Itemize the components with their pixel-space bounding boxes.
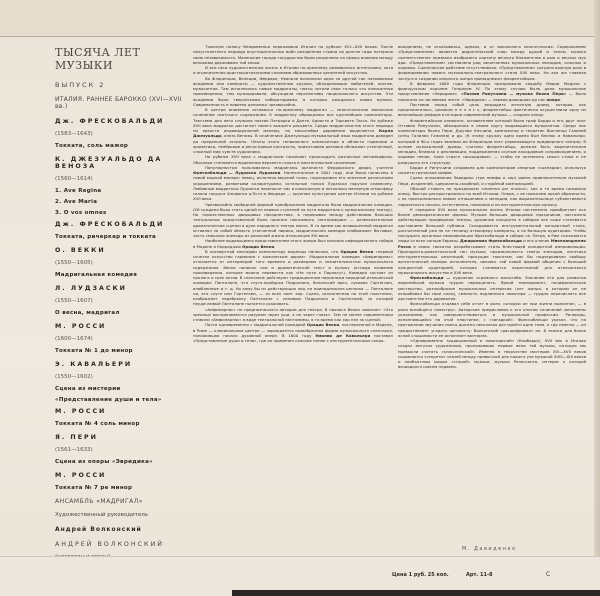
author-signature: М. Давиденко [462, 546, 517, 552]
essay-paragraph: На рубеже XVII века с мадригалом начинаю… [193, 154, 393, 165]
work-title: 2. Ave Maria [55, 199, 195, 205]
work-title: Токката № 1 до минор [55, 348, 195, 354]
composer-name: М. РОССИ [55, 472, 195, 479]
composer-name: Я. ПЕРИ [55, 434, 195, 441]
essay-paragraph: «Одновременно традиционный и новаторский… [398, 338, 586, 370]
composer-dates: (1550—1602) [55, 374, 195, 380]
work-title: Сцена из мистерии [55, 386, 195, 392]
essay-paragraph: «Амфипарнас» не предназначался автором д… [193, 307, 393, 323]
work-title: 1. Ave Regina [55, 188, 195, 194]
work-title: Токката № 4 соль минор [55, 421, 195, 427]
essay-paragraph: Тяжелую полосу безвременья переживала Ит… [193, 44, 393, 65]
essay-paragraph: Во Флоренции, Венеции, Ферраре, Неаполе … [193, 76, 393, 108]
series-title: ТЫСЯЧА ЛЕТ МУЗЫКИ [55, 46, 195, 72]
essay-paragraph: Поставив перед собой цель возродить анти… [398, 102, 586, 118]
essay-paragraph: Фрескобальди отдавал себе отчет в роли, … [398, 301, 586, 338]
essay-paragraph: Барди и Ринуччини создавали для композит… [398, 165, 586, 176]
essay-paragraph: В центре внимания оставался по-прежнему … [193, 107, 393, 154]
work-title: Токката, соль мажор [55, 143, 195, 149]
essay-column-right: вождением, не отказываясь, однако, и от … [398, 44, 586, 370]
side-mark: С [546, 571, 550, 578]
essay-paragraph: Популярностью пользовались мадригалы орг… [193, 165, 393, 202]
composer-dates: (1561—1633) [55, 447, 195, 453]
essay-paragraph: В феврале 1600 года Флоренция праздновал… [398, 81, 586, 102]
composer-dates: (1600—1674) [55, 336, 195, 342]
essay-paragraph: В посмертной эпитафии композитору моденц… [193, 249, 393, 307]
essay-paragraph: Обычай ставить по праздникам «dramma per… [398, 186, 586, 207]
composer-name: Э. КАВАЛЬЕРИ [55, 361, 195, 368]
essay-paragraph: вождением, не отказываясь, однако, и от … [398, 44, 586, 81]
composer-dates: (1583—1643) [55, 131, 195, 137]
price-label: Цена 1 руб. 25 коп. [392, 572, 449, 578]
soloist-harpsichord-name: АНДРЕЙ ВОЛКОНСКИЙ [55, 541, 195, 548]
work-title: Токката, ричеркар и токката [55, 234, 195, 240]
issue-number: ВЫПУСК 2 [55, 81, 195, 89]
essay-paragraph: Наиболее выдающимся представителем этого… [193, 238, 393, 249]
work-title: Токката № 7 ре минор [55, 485, 195, 491]
essay-paragraph: И все-таки художественная жизнь в Италии… [193, 65, 393, 76]
essay-paragraph: К середине XVII века музыкальная жизнь И… [398, 207, 586, 275]
essay-paragraph: Фрескобальди — художник огромного масшта… [398, 275, 586, 301]
period-subtitle: ИТАЛИЯ. РАННЕЕ БАРОККО (XVI—XVII вв.) [55, 96, 195, 110]
composer-name: М. РОССИ [55, 323, 195, 330]
work-title: Сцена из оперы «Эвридика» [55, 459, 195, 465]
composer-dates: (1550—1605) [55, 260, 195, 266]
top-fold-band [0, 0, 600, 37]
composer-name: К. ДЖЕЗУАЛЬДО ДА ВЕНОЗА [55, 156, 195, 170]
program-column: ТЫСЯЧА ЛЕТ МУЗЫКИ ВЫПУСК 2 ИТАЛИЯ. РАННЕ… [55, 46, 195, 581]
essay-paragraph: Сцена оплакивания Эвридики (три нимфы и … [398, 175, 586, 186]
sleeve-right-edge [594, 0, 600, 596]
record-edge-strip [232, 590, 600, 596]
work-title: О весна, мадригал [55, 310, 195, 316]
essay-paragraph: Флорентийская камерата, основателем кото… [398, 118, 586, 165]
work-title: 3. O vos omnes [55, 210, 195, 216]
essay-paragraph: Чрезвычайно свободной формой преображени… [193, 202, 393, 239]
essay-paragraph: Почти одновременно с мадригальной комеди… [193, 322, 393, 343]
ensemble-name: АНСАМБЛЬ «МАДРИГАЛ» [55, 498, 195, 505]
director-label: Художественный руководитель [55, 512, 195, 518]
composer-dates: (1550—1607) [55, 298, 195, 304]
composer-name: М. РОССИ [55, 408, 195, 415]
program-list: Дж. ФРЕСКОБАЛЬДИ(1583—1643)Токката, соль… [55, 118, 195, 491]
work-title: «Представление души и тела» [55, 397, 195, 403]
work-title: Мадригальная комедия [55, 272, 195, 278]
director-name: Андрей Волконский [55, 526, 195, 533]
article-number: Арт. 11-8 [466, 572, 493, 578]
composer-dates: (1560—1614) [55, 176, 195, 182]
composer-name: Дж. ФРЕСКОБАЛЬДИ [55, 221, 195, 228]
composer-name: О. ВЕККИ [55, 247, 195, 254]
composer-name: Л. ЛУДЗАСКИ [55, 285, 195, 292]
composer-name: Дж. ФРЕСКОБАЛЬДИ [55, 118, 195, 125]
essay-column-middle: Тяжелую полосу безвременья переживала Ит… [193, 44, 393, 343]
record-sleeve-back: ТЫСЯЧА ЛЕТ МУЗЫКИ ВЫПУСК 2 ИТАЛИЯ. РАННЕ… [0, 0, 600, 596]
